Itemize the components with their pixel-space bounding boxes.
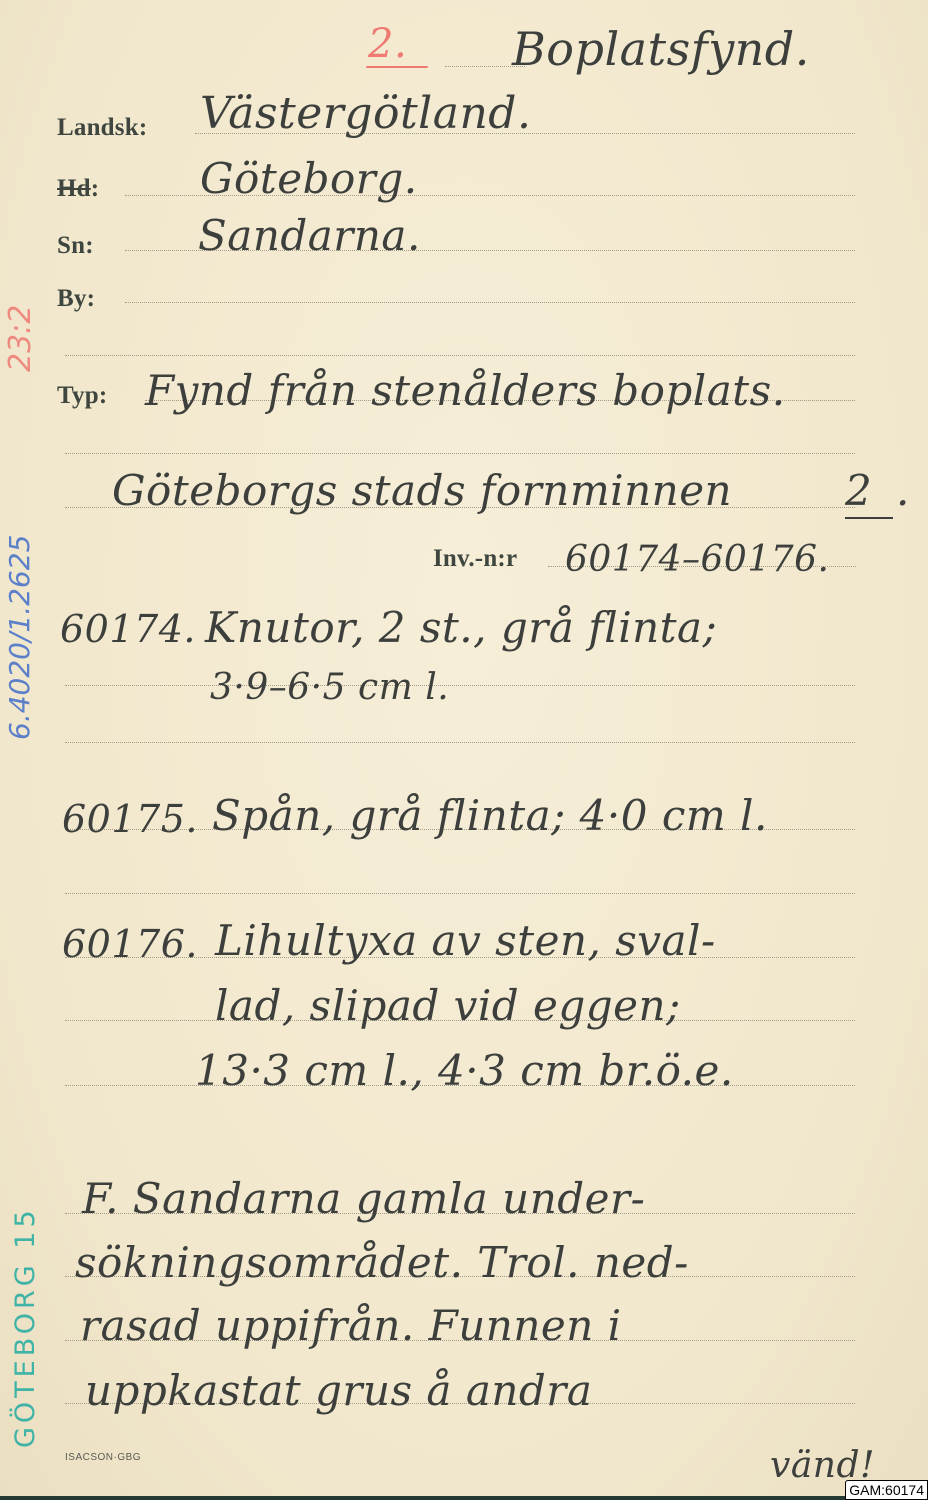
site-number-underline <box>845 517 893 519</box>
inventory-range: 60174–60176. <box>565 542 830 578</box>
label-landskap: Landsk: <box>57 115 147 140</box>
value-socken: Sandarna. <box>198 215 421 257</box>
item-number: 60174. <box>60 610 196 648</box>
dotted-line <box>65 742 855 743</box>
label-by: By: <box>57 286 95 311</box>
item-description: Knutor, 2 st., grå flinta; <box>205 607 717 649</box>
turn-over-note: vänd! <box>770 1448 875 1484</box>
item-description: Lihultyxa av sten, sval- <box>215 920 716 962</box>
label-socken: Sn: <box>57 233 94 258</box>
dotted-line <box>65 453 855 454</box>
note-line: F. Sandarna gamla under- <box>82 1178 645 1220</box>
item-description: 3·9–6·5 cm l. <box>210 670 449 706</box>
dotted-line <box>65 685 855 686</box>
site-line: Göteborgs stads fornminnen <box>112 470 732 512</box>
dotted-line <box>125 302 855 303</box>
note-line: rasad uppifrån. Funnen i <box>80 1305 622 1347</box>
item-description: lad, slipad vid eggen; <box>215 985 681 1027</box>
label-inventory: Inv.-n:r <box>433 546 517 571</box>
card-bottom-edge <box>0 1496 928 1500</box>
card-heading: Boplatsfynd. <box>512 26 810 72</box>
dotted-line <box>65 355 855 356</box>
label-harad: Hd: <box>57 176 99 201</box>
item-number: 60175. <box>62 800 198 838</box>
city-stamp: GÖTEBORG 15 <box>12 1206 39 1448</box>
catalog-id-tag: GAM:60174 <box>845 1480 928 1500</box>
note-line: sökningsområdet. Trol. ned- <box>75 1242 689 1284</box>
sequence-number: 2. <box>368 24 407 64</box>
label-typ: Typ: <box>57 383 107 408</box>
catalogue-card: 2. Boplatsfynd. Landsk: Västergötland. H… <box>0 0 928 1500</box>
value-harad: Göteborg. <box>200 158 418 200</box>
item-description: Spån, grå flinta; 4·0 cm l. <box>212 795 768 837</box>
printer-mark: ISACSON·GBG <box>65 1452 141 1463</box>
item-description: 13·3 cm l., 4·3 cm br.ö.e. <box>195 1050 734 1092</box>
note-line: uppkastat grus å andra <box>85 1370 592 1412</box>
sequence-underline <box>366 66 428 68</box>
item-number: 60176. <box>62 925 198 963</box>
margin-blue-note: 6.4020/1.2625 <box>6 535 34 740</box>
value-typ: Fynd från stenålders boplats. <box>145 370 786 412</box>
value-landskap: Västergötland. <box>200 92 531 136</box>
site-number: 2 <box>845 470 872 512</box>
site-period: . <box>896 470 910 512</box>
margin-red-note: 23:2 <box>6 305 36 372</box>
dotted-line <box>65 893 855 894</box>
